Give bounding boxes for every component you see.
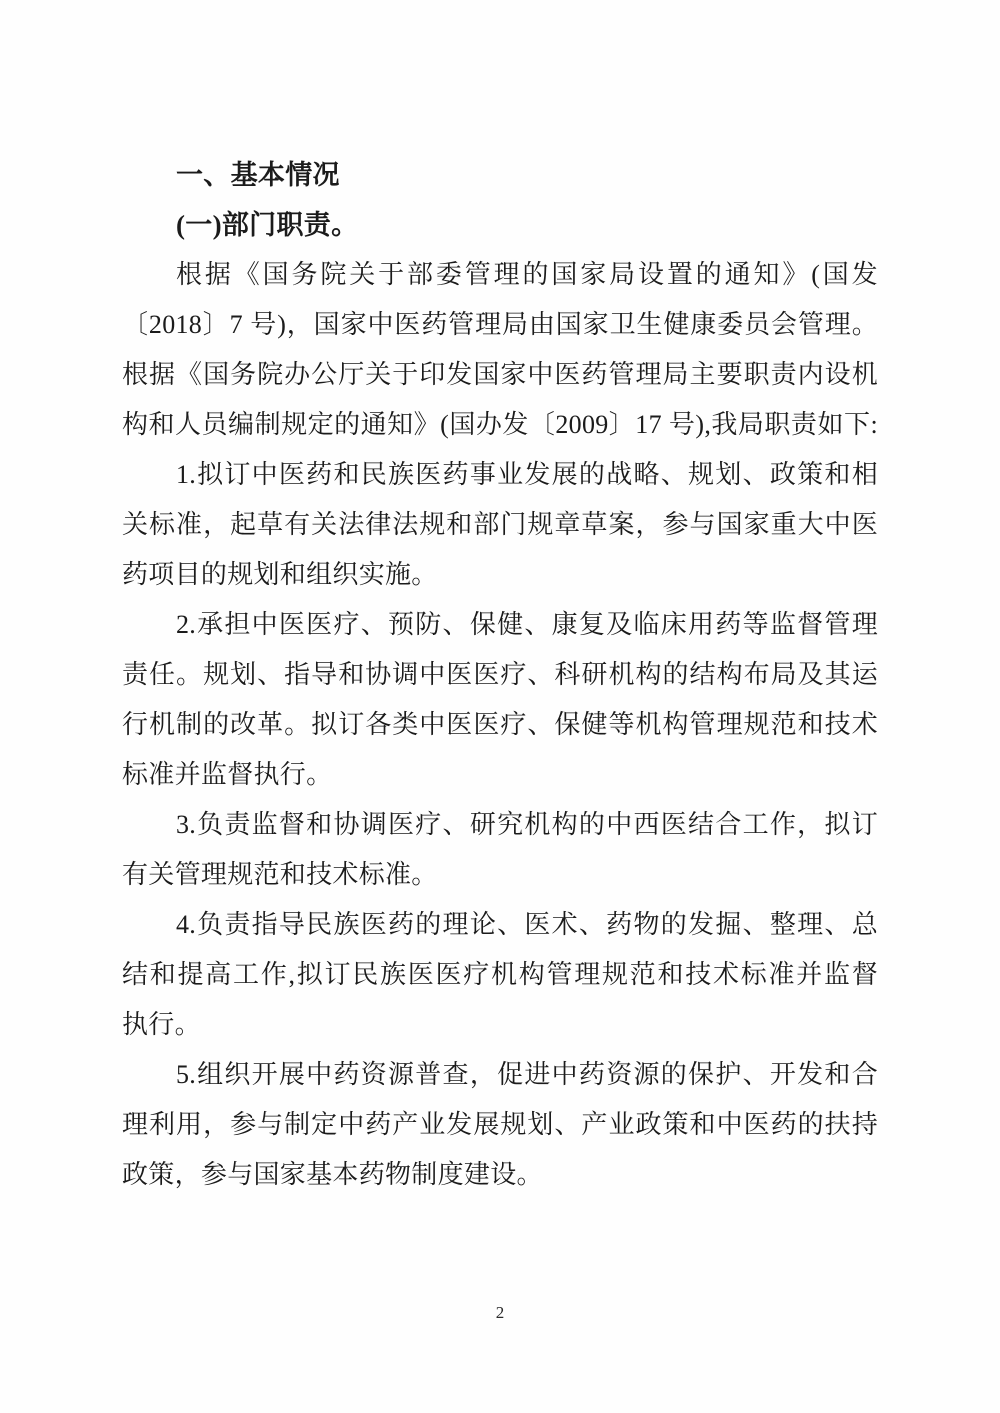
text-line: 结和提高工作,拟订民族医医疗机构管理规范和技术标准并监督 bbox=[122, 950, 878, 1000]
text-line: 〔2018〕7 号)，国家中医药管理局由国家卫生健康委员会管理。 bbox=[122, 300, 878, 350]
text-line: 1.拟订中医药和民族医药事业发展的战略、规划、政策和相 bbox=[122, 450, 878, 500]
text-line: 标准并监督执行。 bbox=[122, 750, 878, 800]
text-line: 执行。 bbox=[122, 1000, 878, 1050]
text-line: 4.负责指导民族医药的理论、医术、药物的发掘、整理、总 bbox=[122, 900, 878, 950]
text-line: 政策，参与国家基本药物制度建设。 bbox=[122, 1150, 878, 1200]
text-line: 责任。规划、指导和协调中医医疗、科研机构的结构布局及其运 bbox=[122, 650, 878, 700]
heading-line: (一)部门职责。 bbox=[122, 200, 878, 250]
page-number: 2 bbox=[0, 1303, 1000, 1323]
text-line: 行机制的改革。拟订各类中医医疗、保健等机构管理规范和技术 bbox=[122, 700, 878, 750]
text-line: 有关管理规范和技术标准。 bbox=[122, 850, 878, 900]
text-line: 药项目的规划和组织实施。 bbox=[122, 550, 878, 600]
text-line: 理利用，参与制定中药产业发展规划、产业政策和中医药的扶持 bbox=[122, 1100, 878, 1150]
text-line: 2.承担中医医疗、预防、保健、康复及临床用药等监督管理 bbox=[122, 600, 878, 650]
text-line: 关标准，起草有关法律法规和部门规章草案，参与国家重大中医 bbox=[122, 500, 878, 550]
text-line: 构和人员编制规定的通知》(国办发〔2009〕17 号),我局职责如下: bbox=[122, 400, 878, 450]
text-line: 根据《国务院办公厅关于印发国家中医药管理局主要职责内设机 bbox=[122, 350, 878, 400]
document-page: 一、基本情况(一)部门职责。根据《国务院关于部委管理的国家局设置的通知》(国发〔… bbox=[0, 0, 1000, 1413]
body-text: 一、基本情况(一)部门职责。根据《国务院关于部委管理的国家局设置的通知》(国发〔… bbox=[122, 150, 878, 1200]
text-line: 5.组织开展中药资源普查，促进中药资源的保护、开发和合 bbox=[122, 1050, 878, 1100]
text-line: 根据《国务院关于部委管理的国家局设置的通知》(国发 bbox=[122, 250, 878, 300]
heading-line: 一、基本情况 bbox=[122, 150, 878, 200]
text-line: 3.负责监督和协调医疗、研究机构的中西医结合工作，拟订 bbox=[122, 800, 878, 850]
